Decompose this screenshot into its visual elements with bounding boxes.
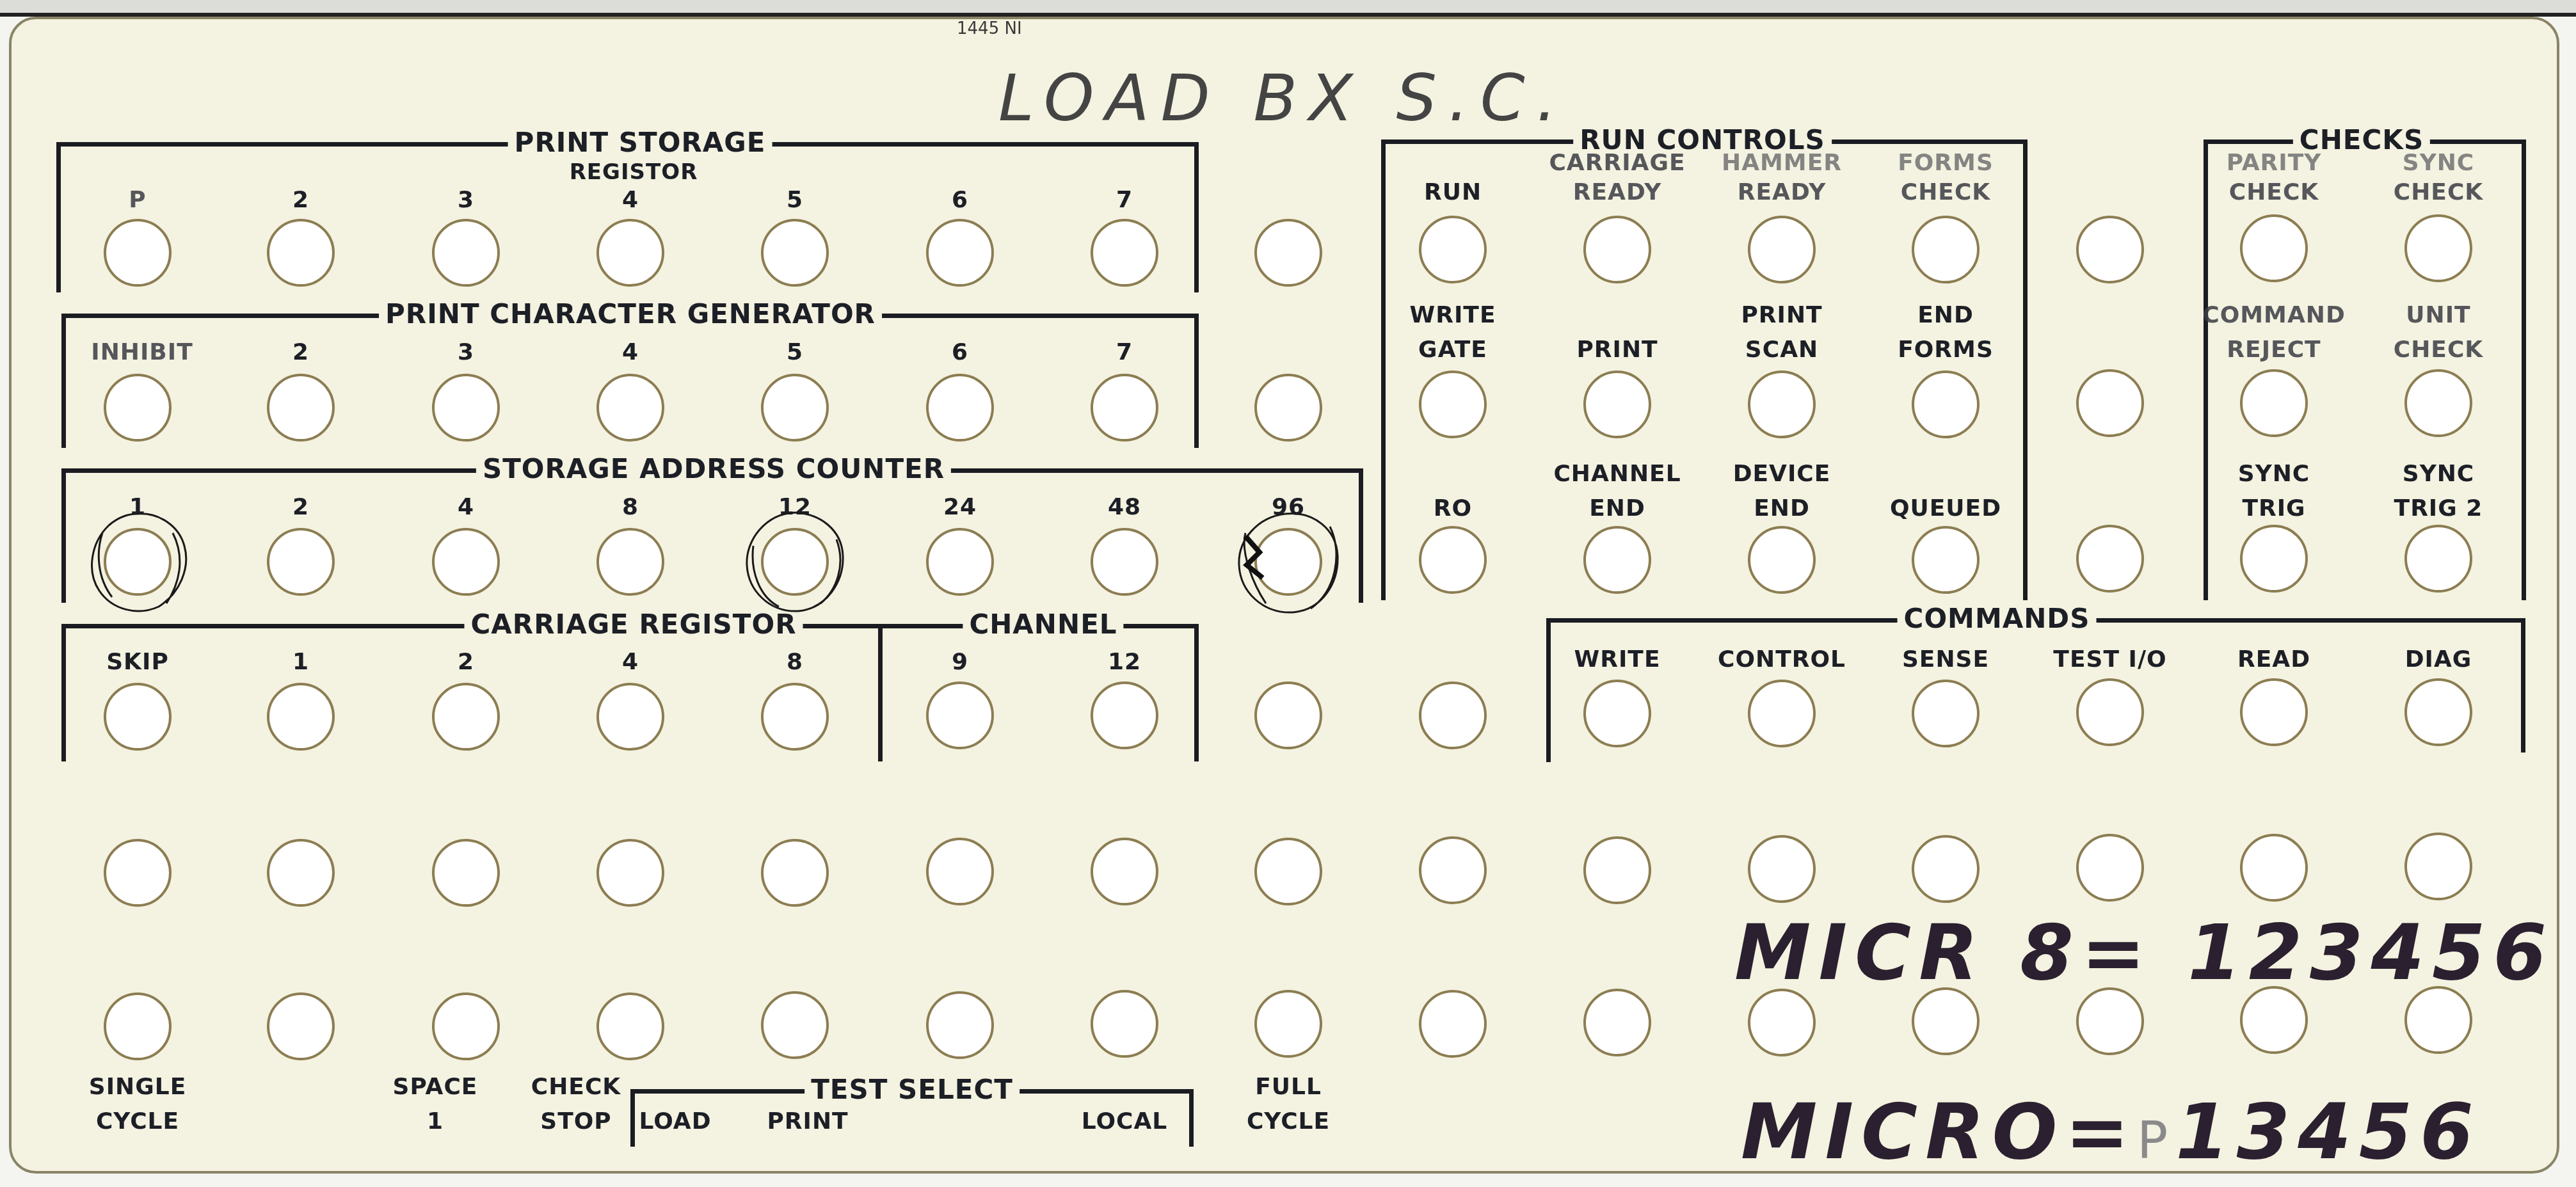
- lamp-print-storage-2[interactable]: [267, 219, 335, 287]
- frame-print-storage-left: [56, 142, 61, 292]
- lamp-row5-col13[interactable]: [2076, 834, 2144, 902]
- handwritten-micro-suffix: 13456: [2175, 1088, 2481, 1177]
- label-sync-trig2-2: TRIG 2: [2394, 494, 2483, 523]
- frame-pcg-right: [1194, 314, 1199, 448]
- label-print-storage-2: 2: [292, 186, 309, 215]
- lamp-cmd-read[interactable]: [2240, 678, 2308, 746]
- label-write-gate-2: GATE: [1418, 335, 1487, 365]
- label-parity-check-1: PARITY: [2227, 148, 2322, 178]
- lamp-sac-4[interactable]: [432, 528, 500, 596]
- lamp-test-load[interactable]: [761, 991, 829, 1059]
- lamp-row5-col6[interactable]: [926, 838, 994, 905]
- frame-run-controls-right: [2023, 139, 2028, 600]
- label-cmd-sense: SENSE: [1902, 645, 1989, 674]
- lamp-row1-col13[interactable]: [2076, 216, 2144, 283]
- label-device-end-1: DEVICE: [1733, 459, 1831, 489]
- lamp-row6-col11[interactable]: [1748, 989, 1816, 1056]
- label-sac-8: 8: [622, 493, 639, 522]
- lamp-parity-check[interactable]: [2240, 214, 2308, 282]
- label-print-scan-1: PRINT: [1741, 301, 1822, 330]
- label-pcg-3: 3: [458, 338, 474, 367]
- handwritten-pencil-p: P: [2137, 1111, 2175, 1170]
- label-command-reject-2: REJECT: [2227, 335, 2321, 365]
- lamp-row6-col9[interactable]: [1419, 990, 1487, 1058]
- lamp-print-storage-4[interactable]: [596, 219, 664, 287]
- label-sync-trig2-1: SYNC: [2403, 459, 2475, 489]
- frame-run-controls-left: [1381, 139, 1386, 600]
- label-parity-check-2: CHECK: [2229, 178, 2319, 207]
- lamp-pcg-5[interactable]: [761, 374, 829, 442]
- lamp-row6-col2[interactable]: [267, 992, 335, 1060]
- lamp-row6-col12[interactable]: [1912, 987, 1980, 1055]
- frame-channel-divider: [878, 624, 883, 761]
- label-full-cycle-1: FULL: [1255, 1072, 1322, 1102]
- frame-test-select-right: [1189, 1089, 1194, 1147]
- lamp-check-stop[interactable]: [596, 992, 664, 1060]
- lamp-test-local[interactable]: [1091, 990, 1158, 1058]
- lamp-print-scan[interactable]: [1748, 370, 1816, 438]
- handwritten-micr-8: MICR 8= 123456: [1734, 909, 2554, 998]
- label-forms-check-2: CHECK: [1901, 178, 1990, 207]
- group-title-carriage-registor: CARRIAGE REGISTOR: [464, 610, 803, 639]
- lamp-sac-8[interactable]: [596, 528, 664, 596]
- label-check-stop-2: STOP: [540, 1107, 611, 1136]
- label-print-storage-3: 3: [458, 186, 474, 215]
- lamp-row6-col14[interactable]: [2240, 986, 2308, 1054]
- label-print-storage-4: 4: [622, 186, 639, 215]
- group-title-storage-address-counter: STORAGE ADDRESS COUNTER: [476, 454, 951, 484]
- group-title-commands: COMMANDS: [1898, 604, 2097, 633]
- label-print-storage-6: 6: [952, 186, 968, 215]
- lamp-unit-check[interactable]: [2404, 369, 2472, 437]
- label-sac-1: 1: [129, 493, 146, 522]
- lamp-test-print[interactable]: [926, 991, 994, 1059]
- lamp-row5-col5[interactable]: [761, 839, 829, 907]
- label-channel-end-2: END: [1589, 494, 1645, 523]
- label-carriage-8: 8: [787, 648, 803, 677]
- lamp-row2-col8[interactable]: [1254, 374, 1322, 442]
- lamp-end-forms[interactable]: [1912, 370, 1980, 438]
- label-carriage-ready-2: READY: [1573, 178, 1662, 207]
- frame-channel-right: [1194, 624, 1199, 761]
- lamp-sac-1[interactable]: [104, 528, 172, 596]
- lamp-print-storage-6[interactable]: [926, 219, 994, 287]
- label-sac-2: 2: [292, 493, 309, 522]
- group-title-print-storage: PRINT STORAGE: [508, 128, 772, 157]
- label-sac-96: 96: [1272, 493, 1305, 522]
- label-carriage-skip: SKIP: [106, 648, 169, 677]
- lamp-carriage-2[interactable]: [432, 683, 500, 751]
- frame-test-select-left: [630, 1089, 635, 1147]
- label-print-storage-7: 7: [1116, 186, 1133, 215]
- label-single-cycle-1: SINGLE: [89, 1072, 187, 1102]
- lamp-print-storage-p[interactable]: [104, 219, 172, 287]
- lamp-carriage-1[interactable]: [267, 683, 335, 751]
- lamp-pcg-3[interactable]: [432, 374, 500, 442]
- frame-commands-left: [1546, 618, 1551, 762]
- lamp-row5-col10[interactable]: [1583, 836, 1651, 904]
- lamp-full-cycle[interactable]: [1254, 990, 1322, 1058]
- lamp-sync-check[interactable]: [2404, 214, 2472, 282]
- lamp-run[interactable]: [1419, 216, 1487, 283]
- group-title-channel: CHANNEL: [963, 610, 1123, 639]
- label-channel-12: 12: [1108, 648, 1141, 677]
- lamp-channel-9[interactable]: [926, 681, 994, 749]
- label-sync-check-2: CHECK: [2394, 178, 2483, 207]
- label-write-gate-1: WRITE: [1410, 301, 1496, 330]
- lamp-device-end[interactable]: [1748, 526, 1816, 594]
- label-carriage-ready-1: CARRIAGE: [1549, 148, 1685, 178]
- label-cmd-read: READ: [2237, 645, 2310, 674]
- lamp-carriage-ready[interactable]: [1583, 216, 1651, 283]
- label-sync-check-1: SYNC: [2403, 148, 2475, 178]
- lamp-row5-col2[interactable]: [267, 839, 335, 907]
- label-unit-check-2: CHECK: [2394, 335, 2483, 365]
- lamp-channel-12[interactable]: [1091, 681, 1158, 749]
- lamp-row4-col8[interactable]: [1254, 681, 1322, 749]
- label-pcg-inhibit: INHIBIT: [91, 338, 193, 367]
- lamp-row5-col11[interactable]: [1748, 835, 1816, 903]
- frame-commands-right: [2521, 618, 2525, 753]
- frame-pcg-left: [61, 314, 66, 448]
- lamp-row6-col10[interactable]: [1583, 989, 1651, 1056]
- lamp-row5-col4[interactable]: [596, 839, 664, 907]
- label-pcg-7: 7: [1116, 338, 1133, 367]
- label-test-load: LOAD: [639, 1107, 711, 1136]
- frame-sac-left: [61, 468, 66, 603]
- label-print-scan-2: SCAN: [1745, 335, 1818, 365]
- label-carriage-4: 4: [622, 648, 639, 677]
- lamp-row6-col15[interactable]: [2404, 986, 2472, 1054]
- lamp-pcg-2[interactable]: [267, 374, 335, 442]
- lamp-hammer-ready[interactable]: [1748, 216, 1816, 283]
- label-hammer-ready-1: HAMMER: [1722, 148, 1842, 178]
- frame-sac-right: [1359, 468, 1363, 603]
- label-full-cycle-2: CYCLE: [1247, 1107, 1330, 1136]
- label-ro: RO: [1434, 494, 1472, 523]
- lamp-cmd-write[interactable]: [1583, 680, 1651, 747]
- label-hammer-ready-2: READY: [1738, 178, 1827, 207]
- lamp-space-1[interactable]: [432, 992, 500, 1060]
- label-print-storage-5: 5: [787, 186, 803, 215]
- lamp-print-storage-7[interactable]: [1091, 219, 1158, 287]
- label-channel-end-1: CHANNEL: [1553, 459, 1681, 489]
- label-unit-check-1: UNIT: [2406, 301, 2470, 330]
- handwritten-micro-prefix: MICRO=: [1741, 1088, 2137, 1177]
- label-sync-trig-2: TRIG: [2242, 494, 2305, 523]
- lamp-ro[interactable]: [1419, 526, 1487, 594]
- label-sac-48: 48: [1108, 493, 1141, 522]
- label-space-1-b: 1: [427, 1107, 444, 1136]
- label-test-local: LOCAL: [1082, 1107, 1167, 1136]
- label-end-forms-1: END: [1917, 301, 1974, 330]
- lamp-print-storage-5[interactable]: [761, 219, 829, 287]
- lamp-row2-col13[interactable]: [2076, 369, 2144, 437]
- lamp-carriage-4[interactable]: [596, 683, 664, 751]
- lamp-queued[interactable]: [1912, 526, 1980, 594]
- frame-checks-right: [2522, 139, 2526, 600]
- lamp-sync-trig-2[interactable]: [2404, 525, 2472, 593]
- handwritten-code: 1445 NI: [957, 19, 1022, 38]
- label-cmd-diag: DIAG: [2405, 645, 2472, 674]
- lamp-write-gate[interactable]: [1419, 370, 1487, 438]
- lamp-row5-col15[interactable]: [2404, 832, 2472, 900]
- label-sac-12: 12: [778, 493, 812, 522]
- lamp-cmd-sense[interactable]: [1912, 680, 1980, 747]
- label-print-storage-p: P: [129, 186, 146, 215]
- lamp-carriage-skip[interactable]: [104, 683, 172, 751]
- label-run: RUN: [1424, 178, 1482, 207]
- lamp-carriage-8[interactable]: [761, 683, 829, 751]
- lamp-print[interactable]: [1583, 370, 1651, 438]
- lamp-row5-col9[interactable]: [1419, 836, 1487, 904]
- label-pcg-6: 6: [952, 338, 968, 367]
- lamp-row5-col12[interactable]: [1912, 835, 1980, 903]
- lamp-channel-end[interactable]: [1583, 526, 1651, 594]
- label-sync-trig-1: SYNC: [2238, 459, 2310, 489]
- lamp-cmd-diag[interactable]: [2404, 678, 2472, 746]
- label-pcg-2: 2: [292, 338, 309, 367]
- lamp-sac-12[interactable]: [761, 528, 829, 596]
- label-print: PRINT: [1576, 335, 1658, 365]
- lamp-row5-col7[interactable]: [1091, 838, 1158, 905]
- label-pcg-5: 5: [787, 338, 803, 367]
- lamp-row5-col3[interactable]: [432, 839, 500, 907]
- label-single-cycle-2: CYCLE: [96, 1107, 179, 1136]
- lamp-cmd-test-io[interactable]: [2076, 678, 2144, 746]
- lamp-row3-col13[interactable]: [2076, 525, 2144, 593]
- label-carriage-1: 1: [292, 648, 309, 677]
- group-title-test-select: TEST SELECT: [804, 1075, 1020, 1104]
- group-title-print-character-generator: PRINT CHARACTER GENERATOR: [379, 299, 882, 329]
- label-channel-9: 9: [952, 648, 968, 677]
- label-queued: QUEUED: [1890, 494, 2001, 523]
- frame-print-storage-right: [1194, 142, 1199, 292]
- lamp-sac-96[interactable]: [1254, 528, 1322, 596]
- label-pcg-4: 4: [622, 338, 639, 367]
- lamp-cmd-control[interactable]: [1748, 680, 1816, 747]
- frame-carriage-left: [61, 624, 66, 761]
- group-subtitle-registor: REGISTOR: [570, 157, 698, 187]
- label-carriage-2: 2: [458, 648, 474, 677]
- frame-checks-left: [2204, 139, 2208, 600]
- label-end-forms-2: FORMS: [1898, 335, 1994, 365]
- handwritten-note-load: LOAD BX S.C.: [998, 61, 1568, 136]
- label-cmd-write: WRITE: [1574, 645, 1661, 674]
- lamp-forms-check[interactable]: [1912, 216, 1980, 283]
- lamp-sync-trig[interactable]: [2240, 525, 2308, 593]
- label-space-1-a: SPACE: [393, 1072, 478, 1102]
- label-test-print: PRINT: [767, 1107, 848, 1136]
- lamp-row5-col14[interactable]: [2240, 834, 2308, 902]
- label-sac-24: 24: [943, 493, 977, 522]
- label-device-end-2: END: [1754, 494, 1810, 523]
- label-cmd-test-io: TEST I/O: [2053, 645, 2166, 674]
- lamp-print-storage-3[interactable]: [432, 219, 500, 287]
- lamp-command-reject[interactable]: [2240, 369, 2308, 437]
- label-forms-check-1: FORMS: [1898, 148, 1994, 178]
- lamp-row6-col13[interactable]: [2076, 987, 2144, 1055]
- lamp-row5-col1[interactable]: [104, 839, 172, 907]
- label-command-reject-1: COMMAND: [2202, 301, 2346, 330]
- lamp-sac-24[interactable]: [926, 528, 994, 596]
- lamp-row1-col8[interactable]: [1254, 219, 1322, 287]
- scanner-top-edge: [0, 0, 2576, 17]
- label-check-stop-1: CHECK: [531, 1072, 621, 1102]
- lamp-sac-2[interactable]: [267, 528, 335, 596]
- lamp-single-cycle[interactable]: [104, 992, 172, 1060]
- lamp-sac-48[interactable]: [1091, 528, 1158, 596]
- handwritten-micro: MICRO=P13456: [1741, 1088, 2481, 1177]
- label-sac-4: 4: [458, 493, 474, 522]
- lamp-pcg-inhibit[interactable]: [104, 374, 172, 442]
- label-cmd-control: CONTROL: [1718, 645, 1846, 674]
- lamp-pcg-7[interactable]: [1091, 374, 1158, 442]
- lamp-row5-col8[interactable]: [1254, 838, 1322, 905]
- lamp-pcg-4[interactable]: [596, 374, 664, 442]
- lamp-pcg-6[interactable]: [926, 374, 994, 442]
- lamp-row4-col9[interactable]: [1419, 681, 1487, 749]
